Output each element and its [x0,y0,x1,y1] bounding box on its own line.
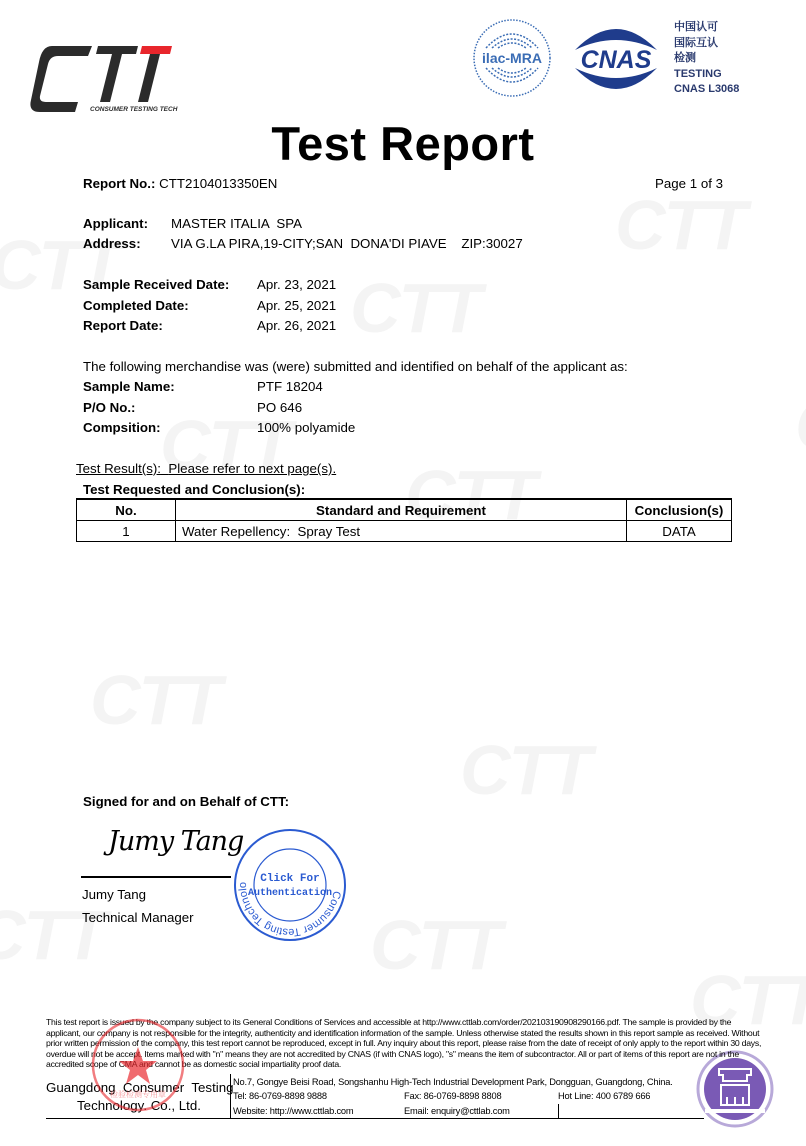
merchandise-intro: The following merchandise was (were) sub… [83,359,628,374]
sample-label: Sample Name: [83,379,175,394]
signer-name: Jumy Tang [82,887,146,902]
address-label: Address: [83,236,141,251]
authentication-seal[interactable]: Consumer Testing Technology Co., Ltd. Cl… [232,827,348,943]
table-cell: DATA [627,521,732,542]
svg-text:ilac-MRA: ilac-MRA [482,50,542,66]
footer-address: No.7, Gongye Beisi Road, Songshanhu High… [233,1077,673,1087]
watermark: CTT [370,905,500,985]
date-label: Completed Date: [83,298,189,313]
date-label: Sample Received Date: [83,277,229,292]
address-value: VIA G.LA PIRA,19-CITY;SAN DONA'DI PIAVE … [171,236,523,251]
footer-email[interactable]: Email: enquiry@cttlab.com [404,1106,510,1116]
column-header: Standard and Requirement [176,499,627,521]
column-header: Conclusion(s) [627,499,732,521]
table-cell: 1 [77,521,176,542]
sample-value: PTF 18204 [257,379,323,394]
test-result: Test Result(s): Please refer to next pag… [76,461,336,476]
ctt-logo: CONSUMER TESTING TECH [30,40,180,115]
footer-website[interactable]: Website: http://www.cttlab.com [233,1106,353,1116]
footer-tel: Tel: 86-0769-8898 9888 [233,1091,327,1101]
column-header: No. [77,499,176,521]
sample-label: Compsition: [83,420,161,435]
company-seal: 检验检测专用章 [90,1017,186,1113]
svg-text:Authentication: Authentication [248,887,332,899]
conclusion-table: No. Standard and Requirement Conclusion(… [76,498,732,542]
ilac-mra-logo: ilac-MRA [472,18,552,98]
date-value: Apr. 25, 2021 [257,298,336,313]
watermark: CTT [795,385,806,465]
sample-value: PO 646 [257,400,302,415]
footer-divider [558,1104,559,1119]
date-value: Apr. 26, 2021 [257,318,336,333]
date-label: Report Date: [83,318,163,333]
sample-value: 100% polyamide [257,420,355,435]
watermark: CTT [90,660,220,740]
conclusion-heading: Test Requested and Conclusion(s): [83,482,305,497]
svg-text:CNAS: CNAS [581,46,652,74]
svg-text:CONSUMER TESTING TECH: CONSUMER TESTING TECH [90,106,178,113]
watermark: CTT [460,730,590,810]
applicant-label: Applicant: [83,216,148,231]
sample-label: P/O No.: [83,400,135,415]
signature-line [81,876,231,878]
footer-hotline: Hot Line: 400 6789 666 [558,1091,650,1101]
svg-text:检验检测专用章: 检验检测专用章 [110,1089,166,1099]
table-header-row: No. Standard and Requirement Conclusion(… [77,499,732,521]
watermark: CTT [350,268,480,348]
page-title: Test Report [0,116,806,171]
signer-role: Technical Manager [82,910,194,925]
cnas-logo: CNAS [567,22,665,94]
table-row: 1 Water Repellency: Spray Test DATA [77,521,732,542]
applicant-value: MASTER ITALIA SPA [171,216,302,231]
signature-heading: Signed for and on Behalf of CTT: [83,794,289,809]
table-cell: Water Repellency: Spray Test [176,521,627,542]
page-indicator: Page 1 of 3 [655,176,723,191]
accreditation-text: 中国认可 国际互认 检测 TESTING CNAS L3068 [674,20,739,98]
watermark: CTT [615,185,745,265]
svg-text:Click For: Click For [260,873,319,885]
footer-fax: Fax: 86-0769-8898 8808 [404,1091,501,1101]
date-value: Apr. 23, 2021 [257,277,336,292]
handwritten-signature: Jumy Tang [108,826,243,857]
report-number: Report No.: CTT2104013350EN [83,176,277,191]
watermark: CTT [0,895,105,975]
footer-rule [46,1118,704,1119]
